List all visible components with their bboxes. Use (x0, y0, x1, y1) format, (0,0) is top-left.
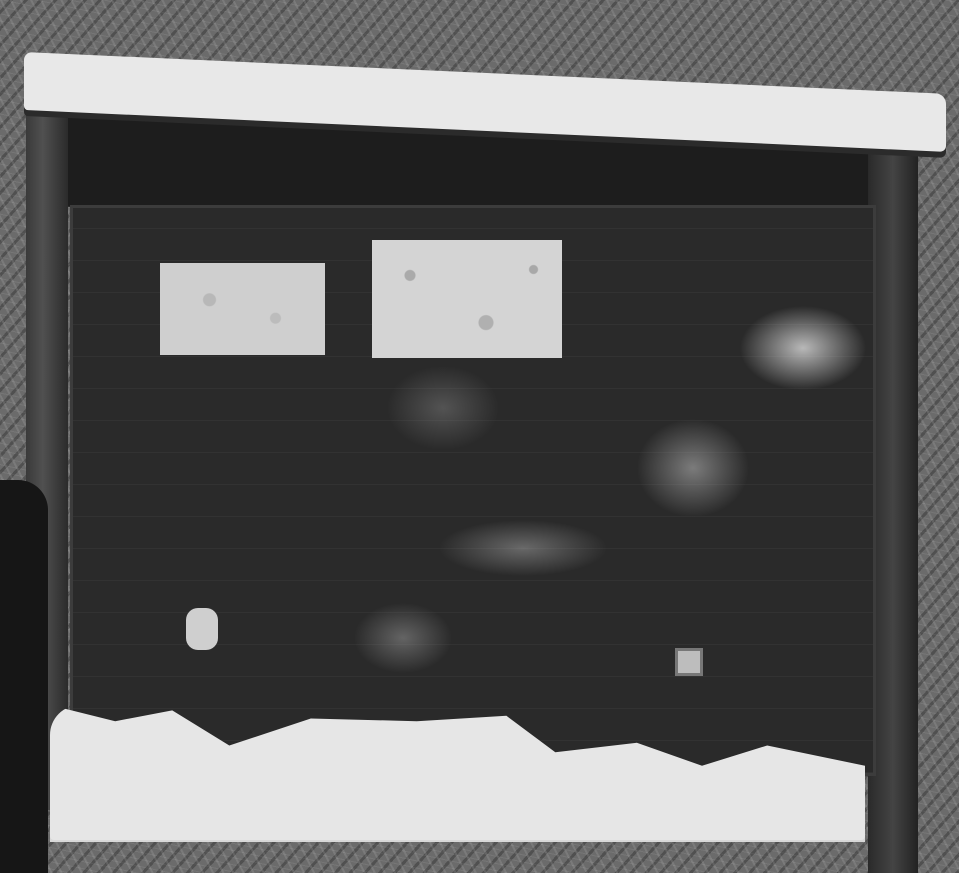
bolt-right (675, 648, 703, 676)
faded-notice-2 (372, 240, 562, 358)
faded-notice-1 (160, 263, 325, 355)
person-silhouette (0, 480, 48, 873)
bolt-left (186, 608, 218, 650)
